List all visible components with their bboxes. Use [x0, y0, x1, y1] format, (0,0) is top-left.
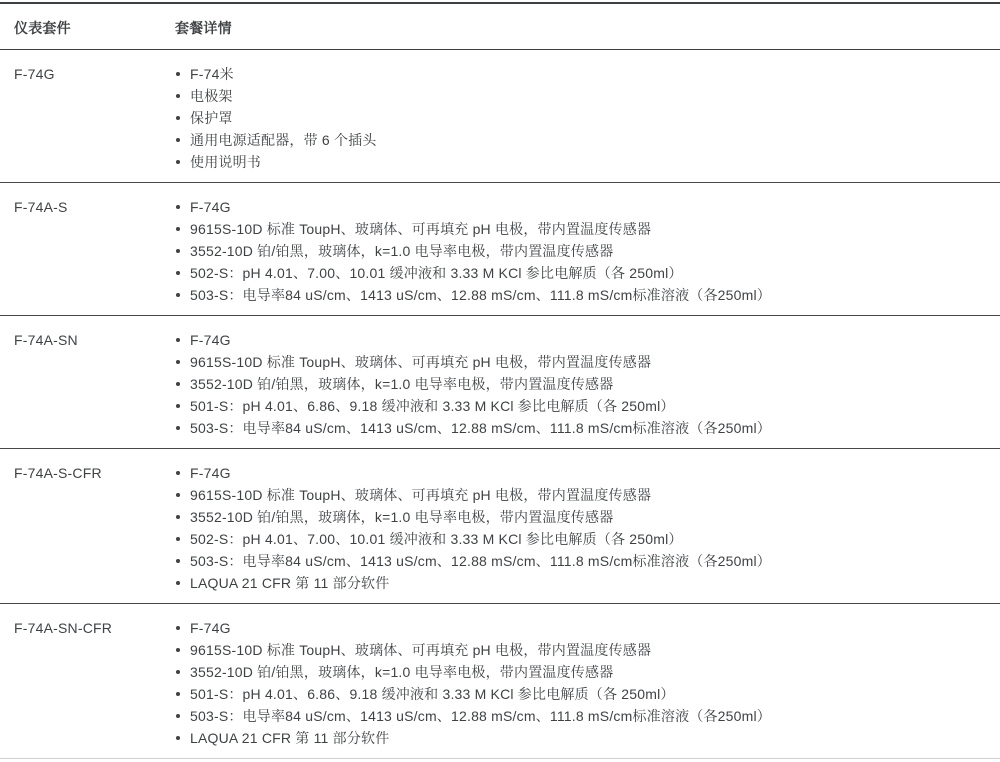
kits-table: 仪表套件 套餐详情 F-74G F-74米电极架保护罩通用电源适配器，带 6 个…	[0, 2, 1000, 759]
detail-item: 3552-10D 铂/铂黑，玻璃体，k=1.0 电导率电极，带内置温度传感器	[175, 661, 1000, 683]
detail-item: 9615S-10D 标准 ToupH、玻璃体、可再填充 pH 电极，带内置温度传…	[175, 639, 1000, 661]
detail-item: F-74G	[175, 329, 1000, 351]
detail-item: 502-S：pH 4.01、7.00、10.01 缓冲液和 3.33 M KCl…	[175, 262, 1000, 284]
detail-item: 9615S-10D 标准 ToupH、玻璃体、可再填充 pH 电极，带内置温度传…	[175, 218, 1000, 240]
kit-name: F-74G	[0, 63, 175, 85]
detail-item: 3552-10D 铂/铂黑，玻璃体，k=1.0 电导率电极，带内置温度传感器	[175, 506, 1000, 528]
kit-name: F-74A-S	[0, 196, 175, 218]
detail-item: F-74G	[175, 617, 1000, 639]
column-header-details: 套餐详情	[175, 4, 1000, 49]
detail-item: 9615S-10D 标准 ToupH、玻璃体、可再填充 pH 电极，带内置温度传…	[175, 484, 1000, 506]
kit-name: F-74A-SN	[0, 329, 175, 351]
table-row: F-74A-SN F-74G9615S-10D 标准 ToupH、玻璃体、可再填…	[0, 316, 1000, 449]
table-row: F-74A-S F-74G9615S-10D 标准 ToupH、玻璃体、可再填充…	[0, 183, 1000, 316]
detail-item: 3552-10D 铂/铂黑，玻璃体，k=1.0 电导率电极，带内置温度传感器	[175, 240, 1000, 262]
detail-item: 503-S：电导率84 uS/cm、1413 uS/cm、12.88 mS/cm…	[175, 284, 1000, 306]
kit-details-list: F-74米电极架保护罩通用电源适配器，带 6 个插头使用说明书	[175, 63, 1000, 173]
detail-item: 503-S：电导率84 uS/cm、1413 uS/cm、12.88 mS/cm…	[175, 705, 1000, 727]
column-header-kit: 仪表套件	[0, 4, 175, 49]
detail-item: 9615S-10D 标准 ToupH、玻璃体、可再填充 pH 电极，带内置温度传…	[175, 351, 1000, 373]
detail-item: 502-S：pH 4.01、7.00、10.01 缓冲液和 3.33 M KCl…	[175, 528, 1000, 550]
detail-item: 3552-10D 铂/铂黑，玻璃体，k=1.0 电导率电极，带内置温度传感器	[175, 373, 1000, 395]
detail-item: LAQUA 21 CFR 第 11 部分软件	[175, 572, 1000, 594]
detail-item: 通用电源适配器，带 6 个插头	[175, 129, 1000, 151]
detail-item: F-74G	[175, 196, 1000, 218]
kit-details-list: F-74G9615S-10D 标准 ToupH、玻璃体、可再填充 pH 电极，带…	[175, 329, 1000, 439]
table-row: F-74G F-74米电极架保护罩通用电源适配器，带 6 个插头使用说明书	[0, 50, 1000, 183]
kit-name: F-74A-S-CFR	[0, 462, 175, 484]
detail-item: 501-S：pH 4.01、6.86、9.18 缓冲液和 3.33 M KCl …	[175, 683, 1000, 705]
table-header-row: 仪表套件 套餐详情	[0, 4, 1000, 50]
detail-item: 电极架	[175, 85, 1000, 107]
kit-name: F-74A-SN-CFR	[0, 617, 175, 639]
detail-item: F-74米	[175, 63, 1000, 85]
detail-item: F-74G	[175, 462, 1000, 484]
detail-item: 501-S：pH 4.01、6.86、9.18 缓冲液和 3.33 M KCl …	[175, 395, 1000, 417]
table-row: F-74A-SN-CFR F-74G9615S-10D 标准 ToupH、玻璃体…	[0, 604, 1000, 759]
kit-details-list: F-74G9615S-10D 标准 ToupH、玻璃体、可再填充 pH 电极，带…	[175, 462, 1000, 594]
kit-details-list: F-74G9615S-10D 标准 ToupH、玻璃体、可再填充 pH 电极，带…	[175, 617, 1000, 749]
detail-item: 503-S：电导率84 uS/cm、1413 uS/cm、12.88 mS/cm…	[175, 550, 1000, 572]
detail-item: 保护罩	[175, 107, 1000, 129]
detail-item: LAQUA 21 CFR 第 11 部分软件	[175, 727, 1000, 749]
table-row: F-74A-S-CFR F-74G9615S-10D 标准 ToupH、玻璃体、…	[0, 449, 1000, 604]
table-body: F-74G F-74米电极架保护罩通用电源适配器，带 6 个插头使用说明书 F-…	[0, 50, 1000, 759]
detail-item: 503-S：电导率84 uS/cm、1413 uS/cm、12.88 mS/cm…	[175, 417, 1000, 439]
kit-details-page: 仪表套件 套餐详情 F-74G F-74米电极架保护罩通用电源适配器，带 6 个…	[0, 0, 1000, 762]
detail-item: 使用说明书	[175, 151, 1000, 173]
kit-details-list: F-74G9615S-10D 标准 ToupH、玻璃体、可再填充 pH 电极，带…	[175, 196, 1000, 306]
